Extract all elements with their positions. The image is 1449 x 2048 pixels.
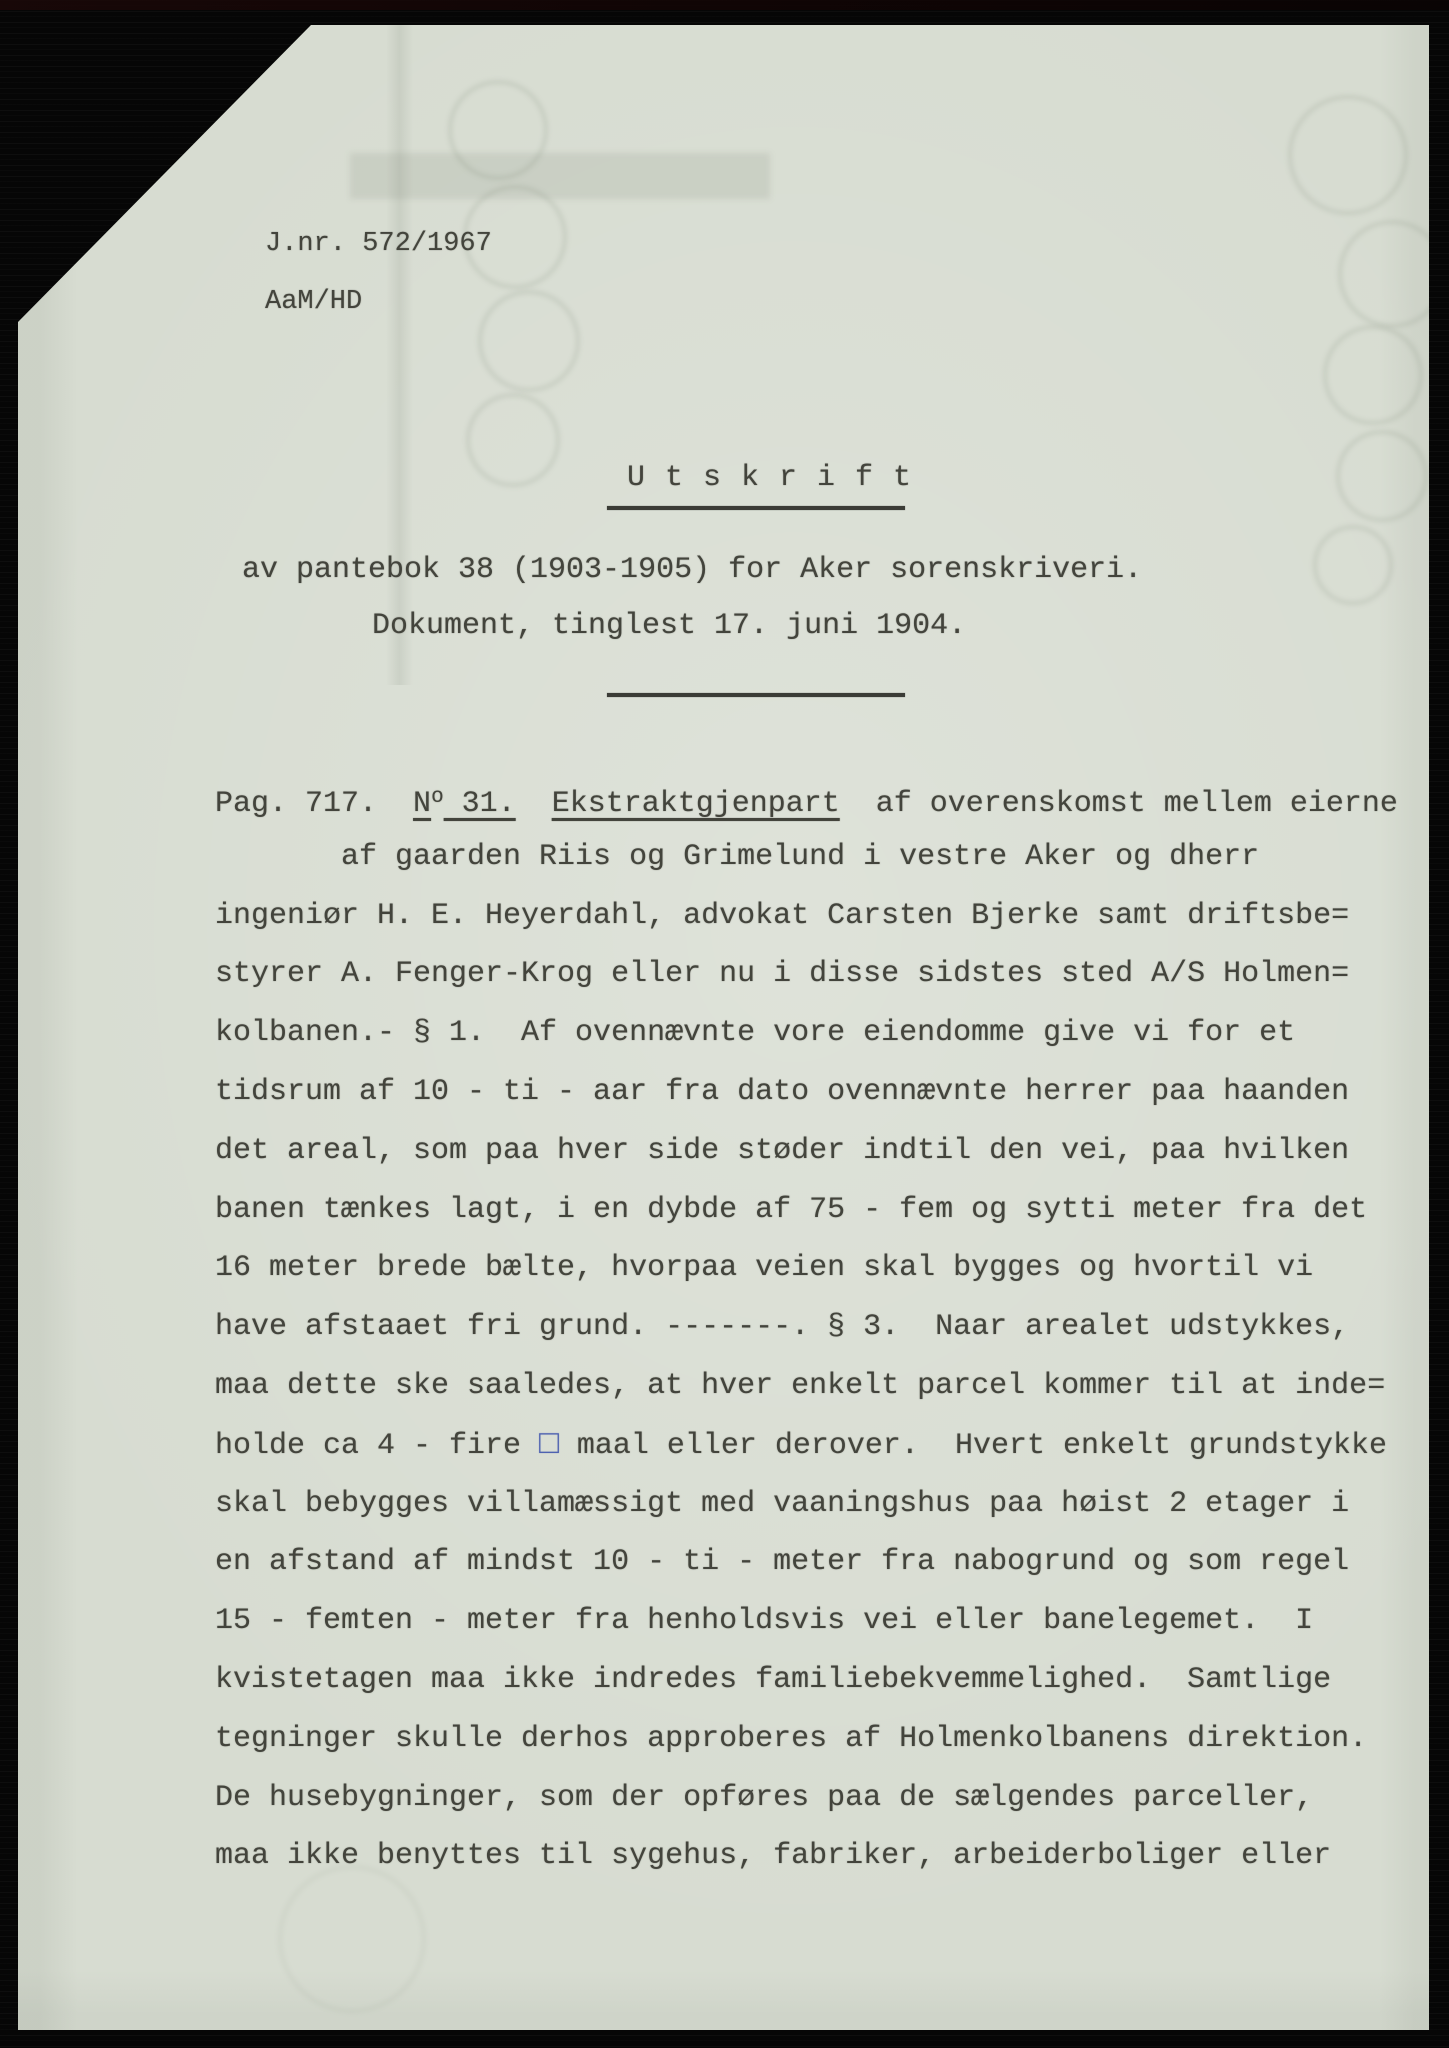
watermark-ring [278,1865,426,2013]
watermark-ring [1338,220,1446,328]
text-line: af gaarden Riis og Grimelund i vestre Ak… [215,828,1398,887]
title-underline [607,506,905,510]
text-line: have afstaaet fri grund. -------. § 3. N… [215,1298,1398,1357]
paper-sheet: J.nr. 572/1967 AaM/HD U t s k r i f t av… [18,25,1429,2030]
subtitle-source-line: av pantebok 38 (1903-1905) for Aker sore… [242,553,1142,587]
scanned-document-page: J.nr. 572/1967 AaM/HD U t s k r i f t av… [0,0,1449,2048]
text-line: De husebygninger, som der opføres paa de… [215,1769,1398,1828]
text-line: skal bebygges villamæssigt med vaaningsh… [215,1475,1398,1534]
document-body: Pag. 717. No 31. Ekstraktgjenpart af ove… [215,769,1398,1886]
text-line: Pag. 717. No 31. Ekstraktgjenpart af ove… [215,769,1398,828]
watermark-ring [448,80,548,180]
text-line: 15 - femten - meter fra henholdsvis vei … [215,1592,1398,1651]
text-line: maa ikke benyttes til sygehus, fabriker,… [215,1827,1398,1886]
scan-edge-tint [0,0,1449,10]
watermark-ring [1336,430,1428,522]
document-title: U t s k r i f t [627,461,912,495]
text-line: styrer A. Fenger-Krog eller nu i disse s… [215,945,1398,1004]
text-line: ingeniør H. E. Heyerdahl, advokat Carste… [215,887,1398,946]
watermark-ring [1323,325,1423,425]
text-line: banen tænkes lagt, i en dybde af 75 - fe… [215,1181,1398,1240]
watermark-ring [1313,525,1393,605]
section-divider-rule [607,693,905,697]
text-line: kvistetagen maa ikke indredes familiebek… [215,1651,1398,1710]
text-line: det areal, som paa hver side støder indt… [215,1122,1398,1181]
watermark-ring [478,290,580,392]
journal-number: J.nr. 572/1967 [265,228,492,260]
text-line: maa dette ske saaledes, at hver enkelt p… [215,1357,1398,1416]
text-line: kolbanen.- § 1. Af ovennævnte vore eiend… [215,1004,1398,1063]
text-line: holde ca 4 - fire □ maal eller derover. … [215,1416,1398,1475]
subtitle-date-line: Dokument, tinglest 17. juni 1904. [372,609,966,643]
faded-stamp-mark [350,153,770,199]
watermark-ring [466,393,560,487]
text-line: tegninger skulle derhos approberes af Ho… [215,1710,1398,1769]
text-line: en afstand af mindst 10 - ti - meter fra… [215,1533,1398,1592]
blue-square-symbol: □ [539,1426,559,1463]
watermark-ring [1288,95,1408,215]
reference-initials: AaM/HD [265,286,362,318]
text-line: 16 meter brede bælte, hvorpaa veien skal… [215,1239,1398,1298]
text-line: tidsrum af 10 - ti - aar fra dato ovennæ… [215,1063,1398,1122]
